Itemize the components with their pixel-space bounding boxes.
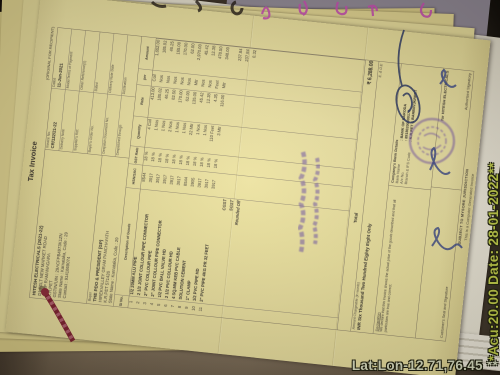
invoice-sheet: Tax Invoice (ORIGINAL FOR RECIPIENT) HIT… (5, 0, 490, 375)
invoice-meta-grid: Invoice No.CR/132/21-22 Dated11-Jun-2021… (45, 28, 141, 158)
total-amount: ₹ 6,288.00 (366, 60, 375, 92)
items-table-body: 1 1/2 20MM ALU PIPE 8544 18 % 4 Coil 413… (128, 38, 366, 330)
photo-of-invoice: Tax Invoice (ORIGINAL FOR RECIPIENT) HIT… (0, 0, 500, 375)
tax-invoice-document: Tax Invoice (ORIGINAL FOR RECIPIENT) HIT… (14, 26, 486, 343)
gps-latlon-stamp: Lat:Lon-12.71,76.45 ** (352, 358, 498, 373)
gps-date-stamp: *Acu:20.00 Date: 28-01-2022** (486, 61, 500, 361)
